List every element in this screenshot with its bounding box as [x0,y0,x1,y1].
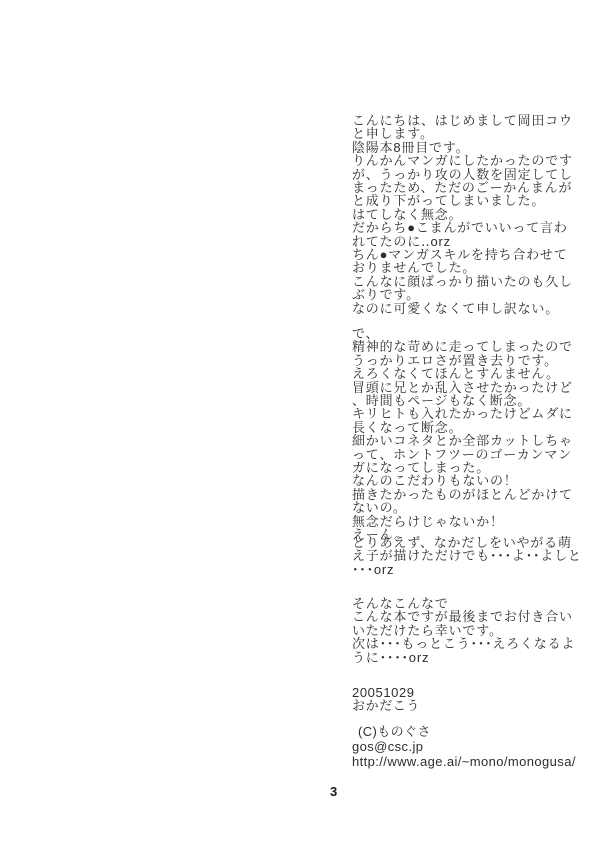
text-line: うに････orz [352,651,588,664]
text-line: 精神的な苛めに走ってしまったので [352,340,588,353]
text-line: なんのこだわりもないの！ [352,474,588,487]
text-line: そんなこんなで [352,597,588,610]
email-address: gos@csc.jp [352,739,588,754]
text-line: おりませんでした。 [352,261,588,274]
text-line: はてしなく無念。 [352,208,588,221]
afterword-paragraph-greeting: こんにちは、はじめまして岡田コウと申します。陰陽本8冊目です。りんかんマンガにし… [352,114,588,315]
text-line: こんな本ですが最後までお付き合い [352,610,588,623]
website-url: http://www.age.ai/~mono/monogusa/ [352,754,588,769]
text-line: が、うっかり攻の人数を固定してし [352,168,588,181]
text-line: えろくなくてほんとすんません。 [352,367,588,380]
text-line: ぶりです。 [352,288,588,301]
text-line: うっかりエロさが置き去りです。 [352,354,588,367]
text-line: 長くなって断念。 [352,421,588,434]
date-text: 20051029 [352,686,588,699]
text-line: 次は･･･もっとこう･･･えろくなるよ [352,637,588,650]
text-line: ないの。 [352,501,588,514]
text-line: 陰陽本8冊目です。 [352,141,588,154]
text-line: だからち●こまんがでいいって言わ [352,221,588,234]
afterword-paragraph-regrets: で、精神的な苛めに走ってしまったのでうっかりエロさが置き去りです。えろくなくてほ… [352,327,588,542]
text-line: 冒頭に兄とか乱入させたかったけど [352,381,588,394]
text-line: こんにちは、はじめまして岡田コウ [352,114,588,127]
text-line: と成り下がってしまいました。 [352,194,588,207]
text-line: ･･･orz [352,563,588,576]
text-line: 描きたかったものがほとんどかけて [352,488,588,501]
text-line: ガになってしまった。 [352,461,588,474]
document-page: こんにちは、はじめまして岡田コウと申します。陰陽本8冊目です。りんかんマンガにし… [0,0,600,847]
text-line: って、ホントフツーのゴーカンマン [352,448,588,461]
text-line: 細かいコネタとか全部カットしちゃ [352,434,588,447]
page-number: 3 [330,784,337,799]
text-line: え子が描けただけでも･･･よ･･よしと [352,549,588,562]
text-line: まったため、ただのごーかんまんが [352,181,588,194]
text-line: こんなに顔ばっかり描いたのも久し [352,275,588,288]
text-line: れてたのに‥orz [352,235,588,248]
text-line: りんかんマンガにしたかったのです [352,154,588,167]
author-name: おかだこう [352,699,588,712]
text-line: いただけたら幸いです。 [352,624,588,637]
text-line: で、 [352,327,588,340]
credit-contact-block: (C)ものぐさ gos@csc.jp http://www.age.ai/~mo… [352,724,588,769]
text-line: なのに可愛くなくて申し訳ない。 [352,302,588,315]
text-line: キリヒトも入れたかったけどムダに [352,407,588,420]
text-line: ちん●マンガスキルを持ち合わせて [352,248,588,261]
afterword-paragraph-consolation: とりあえず、なかだしをいやがる萌え子が描けただけでも･･･よ･･よしと･･･or… [352,536,588,576]
date-author-block: 20051029 おかだこう [352,686,588,713]
afterword-paragraph-closing: そんなこんなでこんな本ですが最後までお付き合いいただけたら幸いです。次は･･･も… [352,597,588,664]
text-line: とりあえず、なかだしをいやがる萌 [352,536,588,549]
copyright-credit: (C)ものぐさ [352,724,588,739]
text-line: と申します。 [352,127,588,140]
text-line: 、時間もページもなく断念。 [352,394,588,407]
text-line: 無念だらけじゃないか！ [352,515,588,528]
